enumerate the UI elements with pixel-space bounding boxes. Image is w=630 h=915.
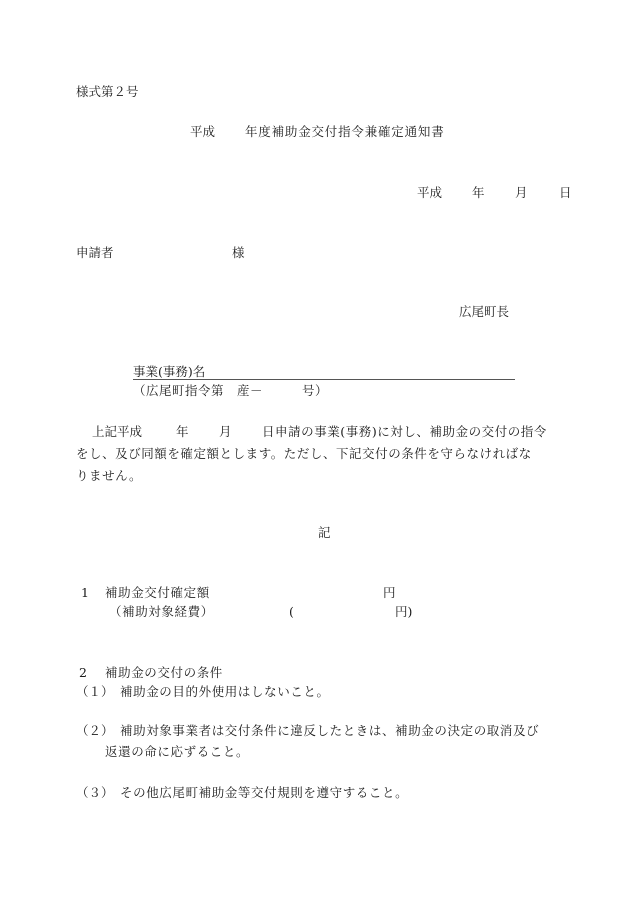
condition-text-continuation: 返還の命に応ずること。: [105, 746, 249, 759]
project-name-label: 事業(事務)名: [133, 366, 205, 379]
section2-number: 2: [79, 667, 87, 680]
section1-number: 1: [81, 587, 89, 600]
date-era: 平成: [417, 187, 442, 200]
applicant-honorific: 様: [232, 247, 245, 260]
section1-label: 補助金交付確定額: [105, 587, 210, 600]
applicant-label: 申請者: [76, 247, 114, 260]
form-number: 様式第２号: [76, 86, 139, 99]
section1-sub-label: （補助対象経費）: [109, 606, 214, 619]
date-year-label: 年: [472, 187, 485, 200]
date-month-label: 月: [515, 187, 528, 200]
document-title: 年度補助金交付指令兼確定通知書: [245, 126, 445, 139]
section1-sub-yen: 円): [395, 606, 412, 619]
condition-text: その他広尾町補助金等交付規則を遵守すること。: [120, 787, 408, 800]
issuer-name: 広尾町長: [459, 306, 509, 319]
body-line2: をし、及び同額を確定額とします。ただし、下記交付の条件を守らなければな: [76, 448, 532, 461]
ki-heading: 記: [318, 527, 331, 540]
document-title-era: 平成: [190, 126, 215, 139]
condition-number: （３）: [76, 787, 114, 800]
body-line1-suffix: 日申請の事業(事務)に対し、補助金の交付の指令: [262, 426, 547, 439]
directive-number: （広尾町指令第 産－ 号）: [133, 385, 328, 398]
condition-number: （２）: [76, 725, 114, 738]
condition-text: 補助対象事業者は交付条件に違反したときは、補助金の決定の取消及び: [120, 725, 539, 738]
body-line3: りません。: [76, 470, 142, 483]
project-name-underline: [133, 379, 515, 380]
section2-label: 補助金の交付の条件: [105, 667, 223, 680]
section1-sub-open-paren: (: [289, 606, 294, 619]
date-day-label: 日: [559, 187, 572, 200]
section1-yen: 円: [383, 587, 396, 600]
body-line1-prefix: 上記平成: [92, 426, 142, 439]
body-year-label: 年: [176, 426, 189, 439]
body-month-label: 月: [219, 426, 232, 439]
condition-number: （１）: [76, 686, 114, 699]
condition-text: 補助金の目的外使用はしないこと。: [120, 686, 330, 699]
